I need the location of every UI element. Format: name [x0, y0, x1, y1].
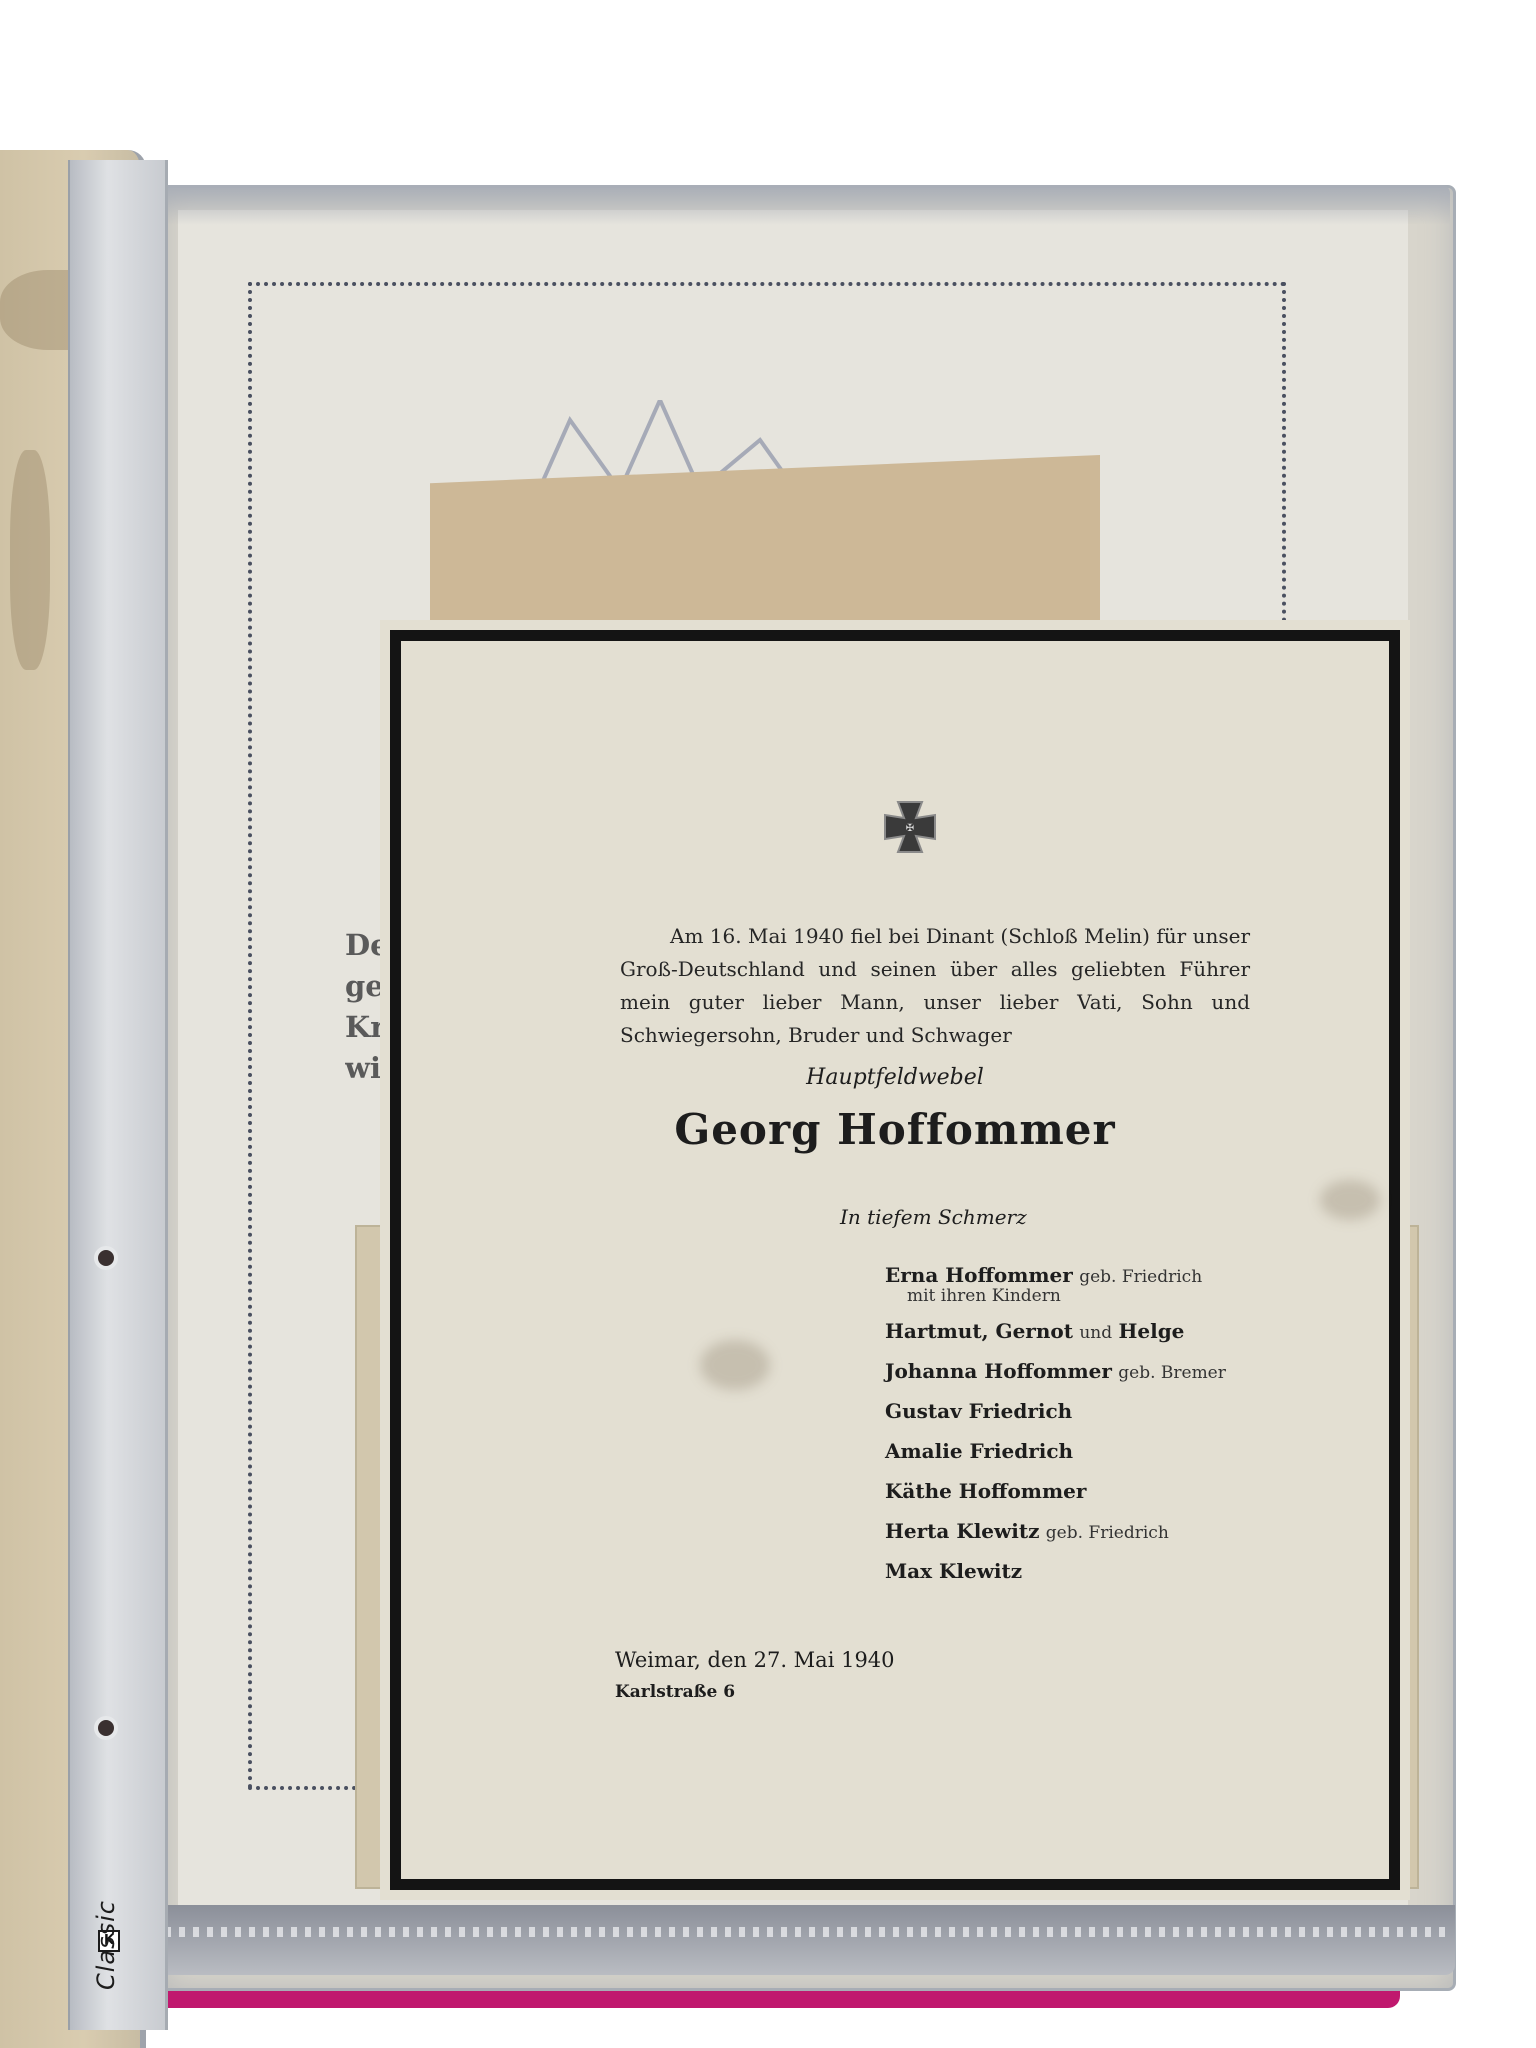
- brand-label: Classic: [92, 1890, 122, 1990]
- mourner: Max Klewitz: [885, 1551, 1305, 1591]
- stain: [700, 1340, 770, 1390]
- mourner: Hartmut, Gernot und Helge: [885, 1311, 1305, 1351]
- place-date: Weimar, den 27. Mai 1940: [615, 1648, 895, 1672]
- stain: [1320, 1180, 1380, 1220]
- svg-text:✠: ✠: [906, 823, 914, 834]
- mourner: Amalie Friedrich: [885, 1431, 1305, 1471]
- sheet-protector-bottom-edge: [155, 1905, 1455, 1975]
- punch-hole: [98, 1250, 114, 1266]
- mourner: Johanna Hoffommer geb. Bremer: [885, 1351, 1305, 1391]
- intro-paragraph: Am 16. Mai 1940 fiel bei Dinant (Schloß …: [620, 920, 1250, 1052]
- punch-hole: [98, 1720, 114, 1736]
- rank: Hauptfeldwebel: [380, 1065, 1410, 1090]
- binder-spine: [68, 160, 168, 2030]
- iron-cross-icon: ✠: [883, 800, 937, 854]
- mourner: Käthe Hoffommer: [885, 1471, 1305, 1511]
- deceased-name: Georg Hoffommer: [380, 1105, 1410, 1154]
- sheet-protector-top-edge: [160, 185, 1450, 225]
- death-notice-card: ✠ Am 16. Mai 1940 fiel bei Dinant (Schlo…: [380, 620, 1410, 1900]
- grief-line: In tiefem Schmerz: [840, 1205, 1027, 1229]
- mourner: Herta Klewitz geb. Friedrich: [885, 1511, 1305, 1551]
- mourners-list: Erna Hoffommer geb. Friedrich mit ihren …: [885, 1255, 1305, 1591]
- mourner: Gustav Friedrich: [885, 1391, 1305, 1431]
- address: Karlstraße 6: [615, 1682, 735, 1702]
